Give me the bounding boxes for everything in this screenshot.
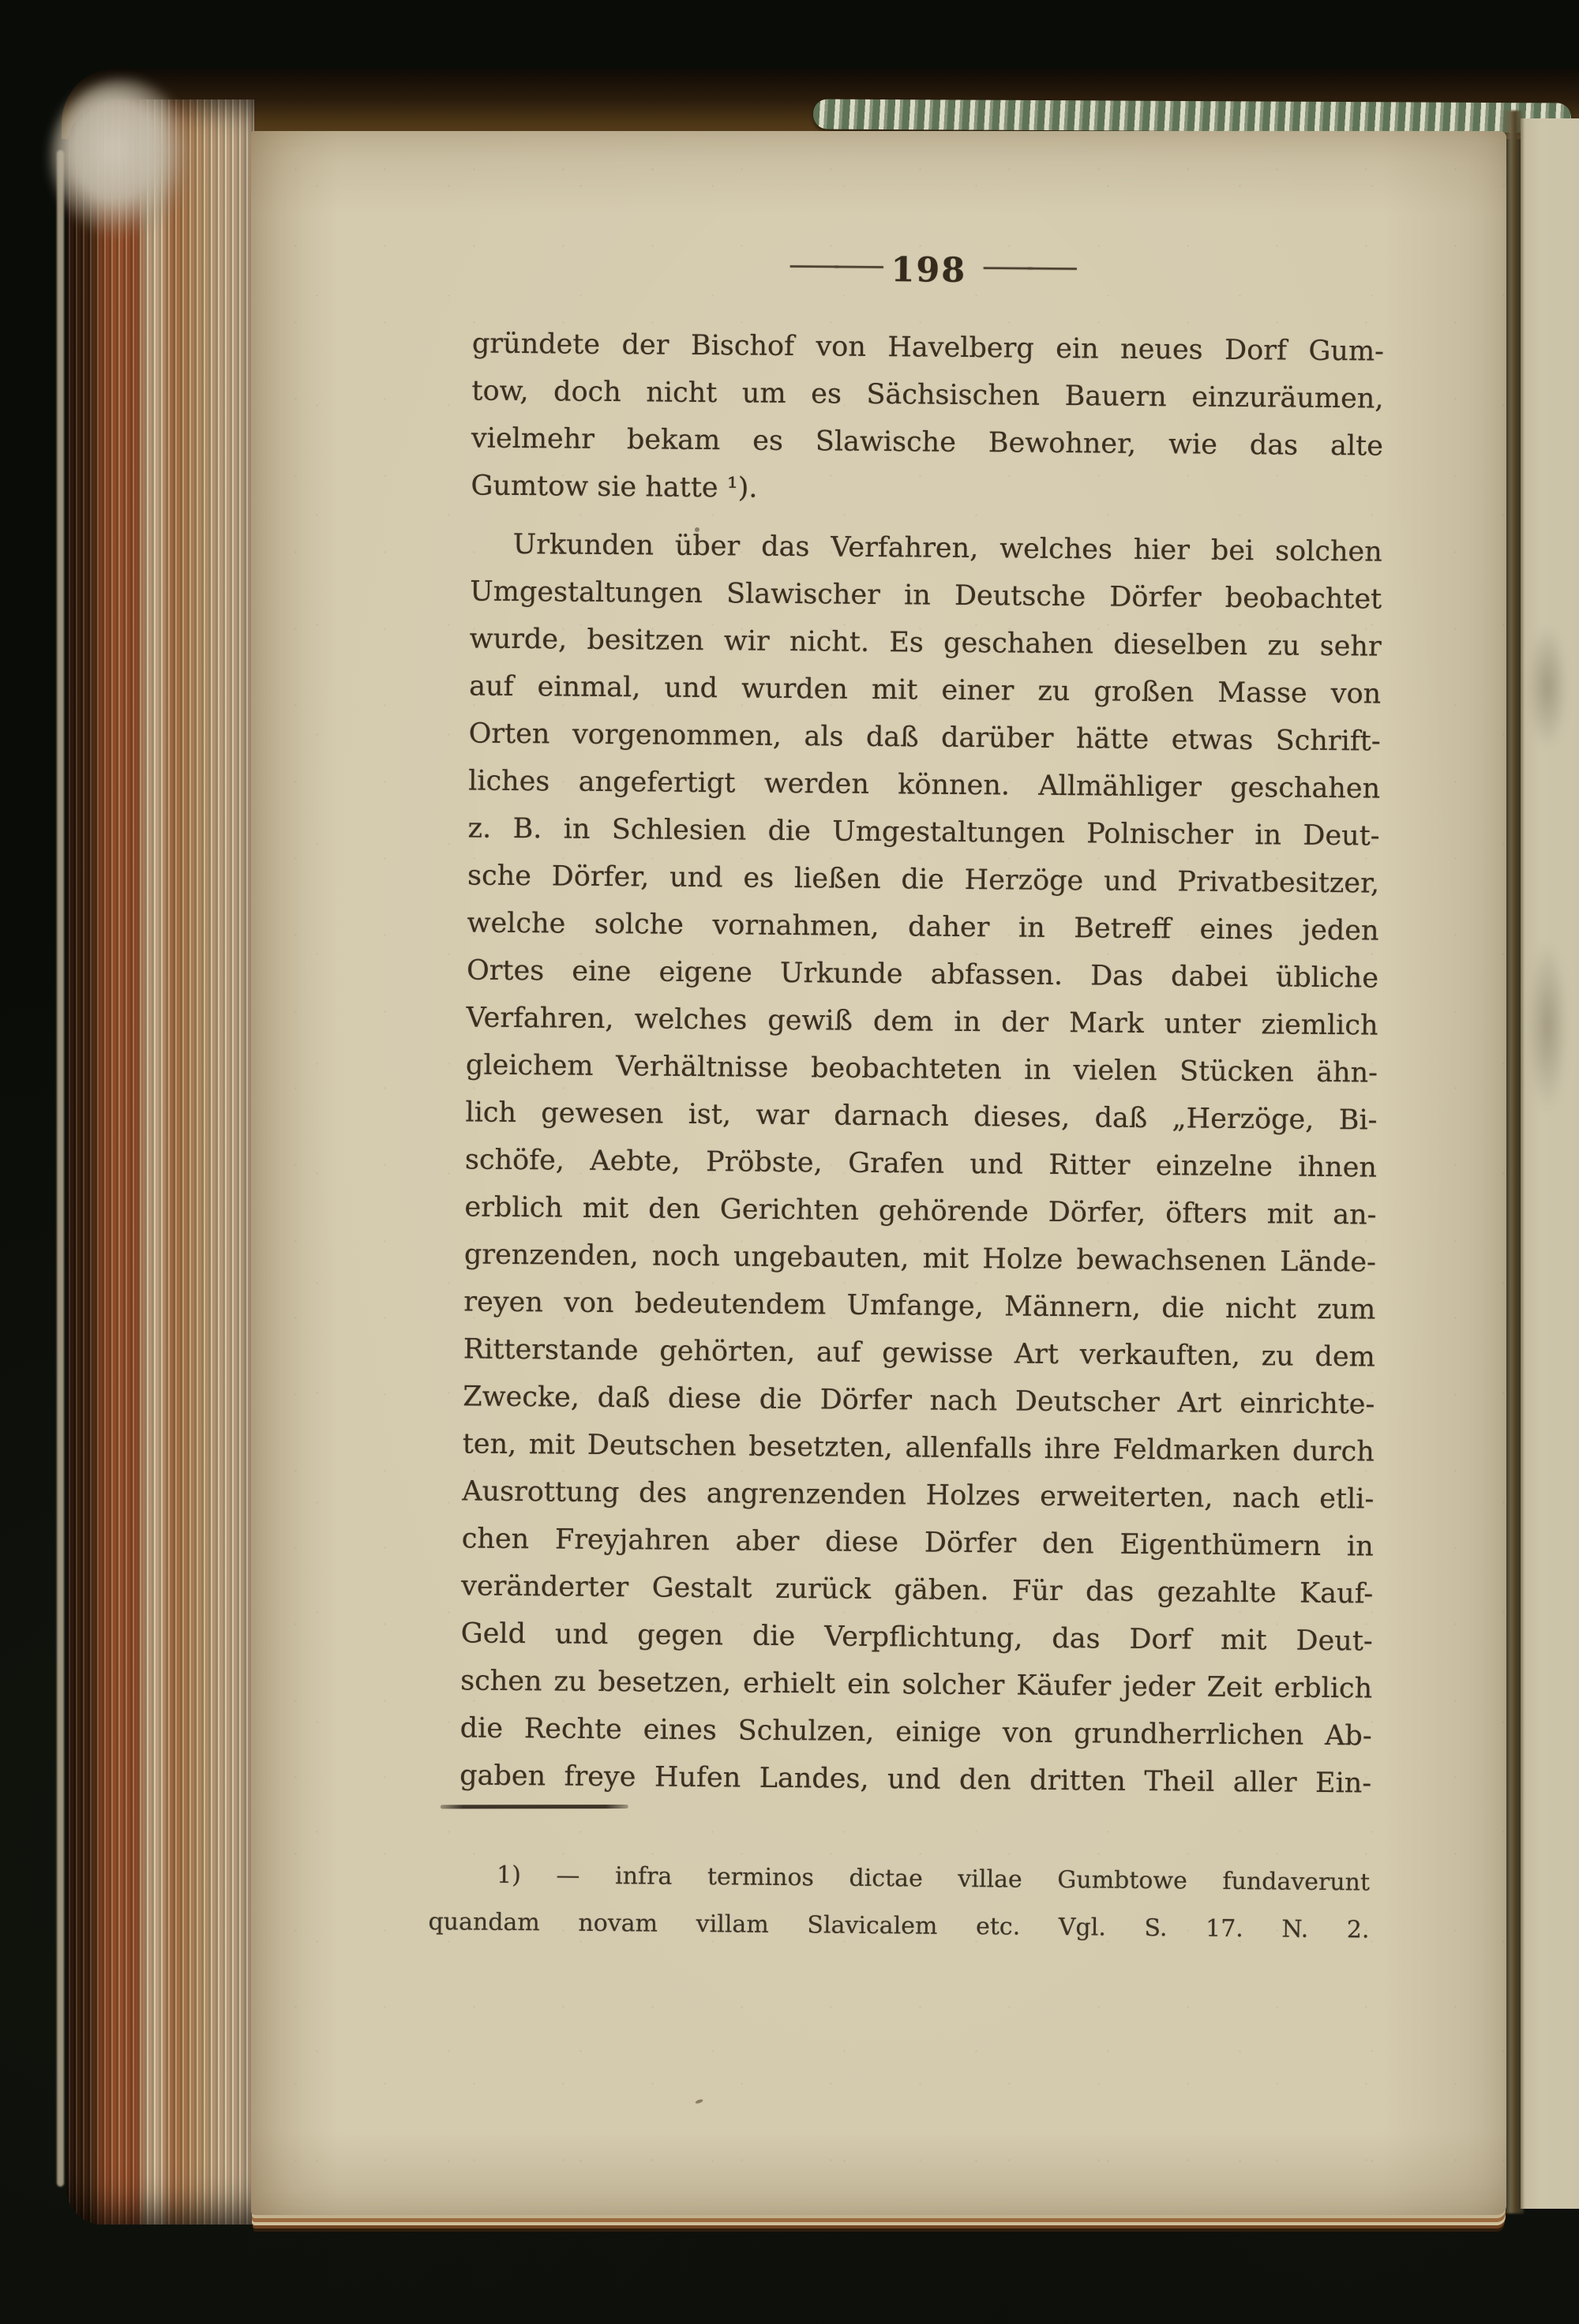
text-line: grenzenden, noch ungebauten, mit Holze b…	[464, 1231, 1376, 1286]
text-line: ten, mit Deutschen besetzten, allenfalls…	[463, 1420, 1375, 1475]
text-line: gaben freye Hufen Landes, und den dritte…	[459, 1752, 1371, 1807]
header-rule-left: ——	[787, 249, 876, 290]
text-line: Geld und gegen die Verpflichtung, das Do…	[460, 1610, 1372, 1665]
text-line: 1) — infra terminos dictae villae Gumbto…	[429, 1851, 1370, 1906]
text-line: gleichem Verhältnisse beobachteten in vi…	[466, 1041, 1378, 1096]
text-line: Ausrottung des angrenzenden Holzes erwei…	[462, 1467, 1374, 1523]
cover-edge-line	[57, 150, 64, 2187]
book-page: —— 198 —— gründete der Bischof von Havel…	[251, 131, 1506, 2215]
text-line: gründete der Bischof von Havelberg ein n…	[472, 320, 1384, 375]
text-line: liches angefertigt werden können. Allmäh…	[468, 757, 1380, 812]
text-line: chen Freyjahren aber diese Dörfer den Ei…	[462, 1515, 1374, 1570]
page-number: 198	[891, 250, 966, 290]
paragraph-1: gründete der Bischof von Havelberg ein n…	[471, 320, 1384, 517]
printed-text-layer: —— 198 —— gründete der Bischof von Havel…	[241, 126, 1514, 2221]
paragraph-2: Urkunden über das Verfahren, welches hie…	[459, 520, 1382, 1807]
text-line: Umgestaltungen Slawischer in Deutsche Dö…	[470, 568, 1382, 623]
text-line: veränderter Gestalt zurück gäben. Für da…	[461, 1562, 1373, 1617]
text-line: sche Dörfer, und es ließen die Herzöge u…	[467, 852, 1379, 907]
footnote-rule	[441, 1805, 628, 1809]
text-line: schöfe, Aebte, Pröbste, Grafen und Ritte…	[465, 1136, 1377, 1191]
page-block-fore-edge	[66, 99, 254, 2225]
text-line: erblich mit den Gerichten gehörende Dörf…	[464, 1183, 1376, 1239]
header-rule-right: ——	[981, 250, 1071, 292]
text-line: Orten vorgenommen, als daß darüber hätte…	[468, 710, 1380, 765]
text-line: schen zu besetzen, erhielt ein solcher K…	[460, 1657, 1372, 1712]
page-header: —— 198 ——	[473, 246, 1385, 294]
text-line: quandam novam villam Slavicalem etc. Vgl…	[428, 1899, 1369, 1954]
text-line: wurde, besitzen wir nicht. Es geschahen …	[469, 615, 1381, 670]
text-line: lich gewesen ist, war darnach dieses, da…	[465, 1089, 1377, 1144]
text-line: Ritterstande gehörten, auf gewisse Art v…	[463, 1325, 1375, 1381]
ink-speck	[695, 2099, 703, 2105]
worn-cover-corner	[51, 79, 193, 237]
text-line: Urkunden über das Verfahren, welches hie…	[471, 520, 1382, 575]
book-photograph: —— 198 —— gründete der Bischof von Havel…	[0, 0, 1579, 2324]
text-line: Gumtow sie hatte ¹).	[471, 462, 1382, 517]
text-line: Zwecke, daß diese die Dörfer nach Deutsc…	[463, 1373, 1375, 1428]
text-line: Ortes eine eigene Urkunde abfassen. Das …	[467, 946, 1378, 1002]
text-line: tow, doch nicht um es Sächsischen Bauern…	[471, 367, 1383, 422]
footnote: 1) — infra terminos dictae villae Gumbto…	[428, 1851, 1370, 1954]
text-line: reyen von bedeutendem Umfange, Männern, …	[463, 1278, 1375, 1333]
text-line: die Rechte eines Schulzen, einige von gr…	[459, 1704, 1371, 1760]
text-line: auf einmal, und wurden mit einer zu groß…	[469, 662, 1381, 718]
text-line: welche solche vornahmen, daher in Betref…	[467, 899, 1378, 954]
text-line: z. B. in Schlesien die Umgestaltungen Po…	[467, 804, 1379, 860]
book-headband	[813, 99, 1571, 133]
next-page-edge	[1521, 118, 1579, 2209]
text-line: Verfahren, welches gewiß dem in der Mark…	[466, 994, 1378, 1049]
ink-speck	[695, 527, 699, 532]
text-line: vielmehr bekam es Slawische Bewohner, wi…	[471, 414, 1383, 470]
